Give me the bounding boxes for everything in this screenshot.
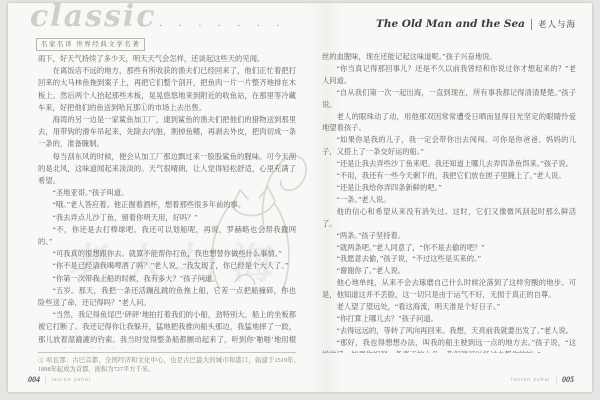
paragraph: “可我真的很想跟你去。就算不能帮你打鱼，我也想替你做些什么事情。”	[38, 248, 296, 260]
paragraph: “当然，我记得鱼尾巴‘砰砰’地拍打着我们的小船，劲特别大，船上的坐板都被它打断了…	[38, 309, 296, 348]
footer-divider: |	[555, 375, 557, 384]
paragraph: “谢谢你了。”老人说。	[322, 265, 576, 277]
paragraph: “我去弄点儿沙丁鱼，留着你明天用，好吗？”	[38, 212, 296, 224]
left-page-number: 004	[28, 375, 40, 384]
paragraph: “就两条吧。”老人同意了，“你不是去偷的吧？”	[322, 242, 576, 254]
paragraph: “不用，我还有一些今天剩下的，我把它们放在匣子里腌上了。”老人说。	[322, 170, 576, 182]
paragraph: “我愿意去偷，”孩子说，“不过这些是买来的。”	[322, 253, 576, 265]
right-page-footer: laoren yuhai | 005	[511, 375, 574, 384]
paragraph: 丝的血腥味，现在还能记起这味道呢。”孩子兴奋地说。	[322, 51, 576, 63]
left-page-text: 雨下，好天气持续了多少天，明天天气会怎样，还谈起这些天的见闻。 在离饭店不远的地…	[38, 53, 296, 348]
series-logo: classic	[30, 0, 157, 34]
footnote: ① 哈瓦那：古巴首都，全国经济和文化中心，也是古巴最大的城市和港口，始建于151…	[38, 356, 300, 374]
paragraph: 老人的眼珠动了动，用他那双因常常遭受日晒而显得目光坚定的眼睛怜爱地望着孩子。	[322, 111, 576, 135]
paragraph: “你打算上哪儿去？”孩子问道。	[322, 313, 576, 325]
paragraph: “自从我们第一次一起出海，一直到现在，所有事我都记得清清楚楚。”孩子说。	[322, 87, 576, 111]
footnote-divider	[38, 352, 296, 353]
paragraph: “去得远远的，等转了风向再回来。我想，天亮前我就要出发了。”老人说。	[322, 325, 576, 337]
paragraph: 在离饭店不远的地方，那些有所收获的渔夫们已经回来了，他们正忙着把打回来的大马林鱼…	[38, 65, 296, 114]
paragraph: “不，你还是去打棒球吧。我还可以划船呢，再说，罗赫略也会帮我撒网的。”	[38, 224, 296, 248]
paragraph: “一条。”老人说。	[322, 194, 576, 206]
series-label: 名家名译 世界经典文学名著	[36, 38, 145, 51]
book-title-chinese: 老人与海	[538, 18, 576, 30]
book-spread: 老人与海 classic . . . . . . . . 名家名译 世界经典文学…	[8, 3, 592, 392]
paragraph: “那好，我也得想想办法，叫我的船主驶到远一点的地方去。”孩子说，“这样的话，如果…	[322, 337, 576, 353]
paragraph: “五岁。那天，我把一条还活蹦乱跳的鱼拖上船，它差一点把船撞碎，你也险些送了命，还…	[38, 285, 296, 309]
running-foot-text: laoren yuhai	[511, 377, 550, 383]
paragraph: 他心地单纯，从来不会去琢磨自己什么时候沦落到了这样穷酸的地步。可是，他知道这并不…	[322, 277, 576, 301]
book-title-english: The Old Man and the Sea	[376, 18, 525, 30]
header-divider	[531, 19, 532, 30]
paragraph: “还是让我去弄些沙丁鱼来吧。我还知道上哪儿去弄四条鱼饵来。”孩子说。	[322, 158, 576, 170]
footer-divider: |	[45, 375, 47, 384]
paragraph: “哦。”老人答应着。他正握着酒杯，想着那些很多年前的事。	[38, 199, 296, 211]
running-foot-text: laoren yuhai	[52, 377, 91, 383]
paragraph: “两条。”孩子坚持着。	[322, 230, 576, 242]
paragraph: “你不是已经请我喝啤酒了吗？”老人说，“我发现了，你已经是个大人了。”	[38, 260, 296, 272]
right-page-text: 丝的血腥味，现在还能记起这味道呢。”孩子兴奋地说。 “你当真记得那回事儿？还是不…	[322, 51, 576, 353]
paragraph: “还是让我给你弄四条新鲜的吧。”	[322, 182, 576, 194]
paragraph: 雨下，好天气持续了多少天，明天天气会怎样，还谈起这些天的见闻。	[38, 53, 296, 65]
paragraph: “你当真记得那回事儿？还是不久以前我曾经和你说过你才想起来的？”老人问道。	[322, 63, 576, 87]
paragraph: 海湾的另一边是一家鲨鱼加工厂，逮到鲨鱼的渔夫们把他们的猎物送到那里去，用带钩的滑…	[38, 114, 296, 151]
left-page-footer: 004 | laoren yuhai	[28, 375, 91, 384]
paragraph: 每当刮东风的时候，便会从加工厂那边飘过来一股股鲨鱼的腥味。可今天刮的是北风，这味…	[38, 151, 296, 188]
paragraph: 老人望了望远处，“看这海流，明天准是个好日子。”	[322, 301, 576, 313]
right-page-number: 005	[562, 375, 574, 384]
series-logo-dots: . . . . . . . .	[140, 17, 286, 29]
page-header-right: The Old Man and the Sea 老人与海	[376, 18, 576, 30]
paragraph: “如果你是我的儿子，我一定会带你出去闯闯。可你是你爸爸、妈妈的儿子，又搭上了一条…	[322, 134, 576, 158]
paragraph: “圣地亚哥。”孩子叫道。	[38, 187, 296, 199]
paragraph: 他的信心和希望从来没有消失过。这时，它们又像微风刮起时那么鲜活了。	[322, 206, 576, 230]
paragraph: “你第一次带我上船的时候，我有多大？”孩子问道。	[38, 273, 296, 285]
